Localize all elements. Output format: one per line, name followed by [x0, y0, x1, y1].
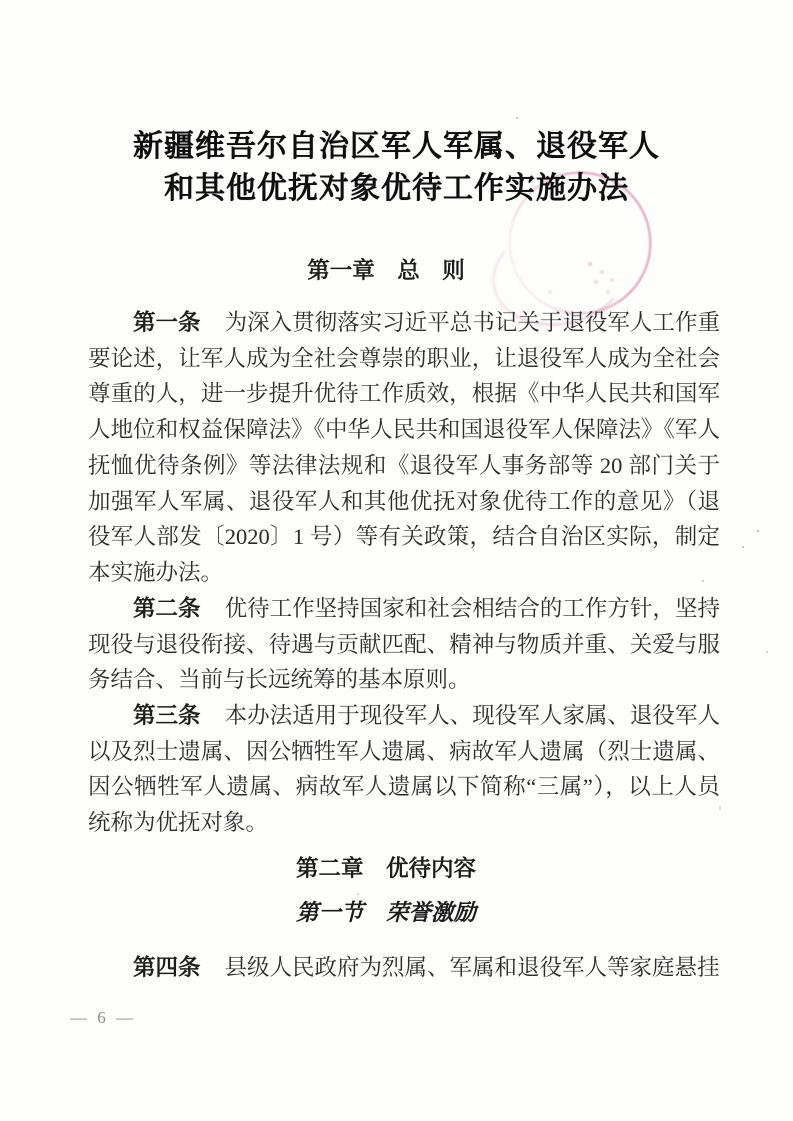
article-3-label: 第三条: [133, 703, 201, 728]
article-3: 第三条本办法适用于现役军人、现役军人家属、退役军人以及烈士遗属、因公牺牲军人遗属…: [88, 698, 720, 841]
page-number: — 6 —: [70, 1008, 136, 1028]
title-line-2: 和其他优抚对象优待工作实施办法: [0, 168, 793, 210]
article-1-label: 第一条: [133, 310, 201, 335]
article-1: 第一条为深入贯彻落实习近平总书记关于退役军人工作重要论述，让军人成为全社会尊崇的…: [88, 305, 720, 591]
article-2: 第二条优待工作坚持国家和社会相结合的工作方针，坚持现役与退役衔接、待遇与贡献匹配…: [88, 591, 720, 698]
chapter-2-heading: 第二章 优待内容: [70, 856, 702, 882]
document-page: 新疆维吾尔自治区军人军属、退役军人 和其他优抚对象优待工作实施办法 第一章 总 …: [0, 0, 793, 1121]
article-4-text: 县级人民政府为烈属、军属和退役军人等家庭悬挂: [225, 955, 720, 980]
chapter-1-heading: 第一章 总 则: [70, 258, 702, 284]
section-1-heading: 第一节 荣誉激励: [70, 900, 702, 926]
document-title: 新疆维吾尔自治区军人军属、退役军人 和其他优抚对象优待工作实施办法: [0, 126, 793, 210]
article-2-label: 第二条: [133, 596, 201, 621]
article-4: 第四条县级人民政府为烈属、军属和退役军人等家庭悬挂: [88, 950, 720, 986]
title-line-1: 新疆维吾尔自治区军人军属、退役军人: [0, 126, 793, 168]
article-1-text: 为深入贯彻落实习近平总书记关于退役军人工作重要论述，让军人成为全社会尊崇的职业，…: [88, 310, 720, 585]
scan-specks: [516, 117, 518, 119]
article-4-label: 第四条: [133, 955, 201, 980]
